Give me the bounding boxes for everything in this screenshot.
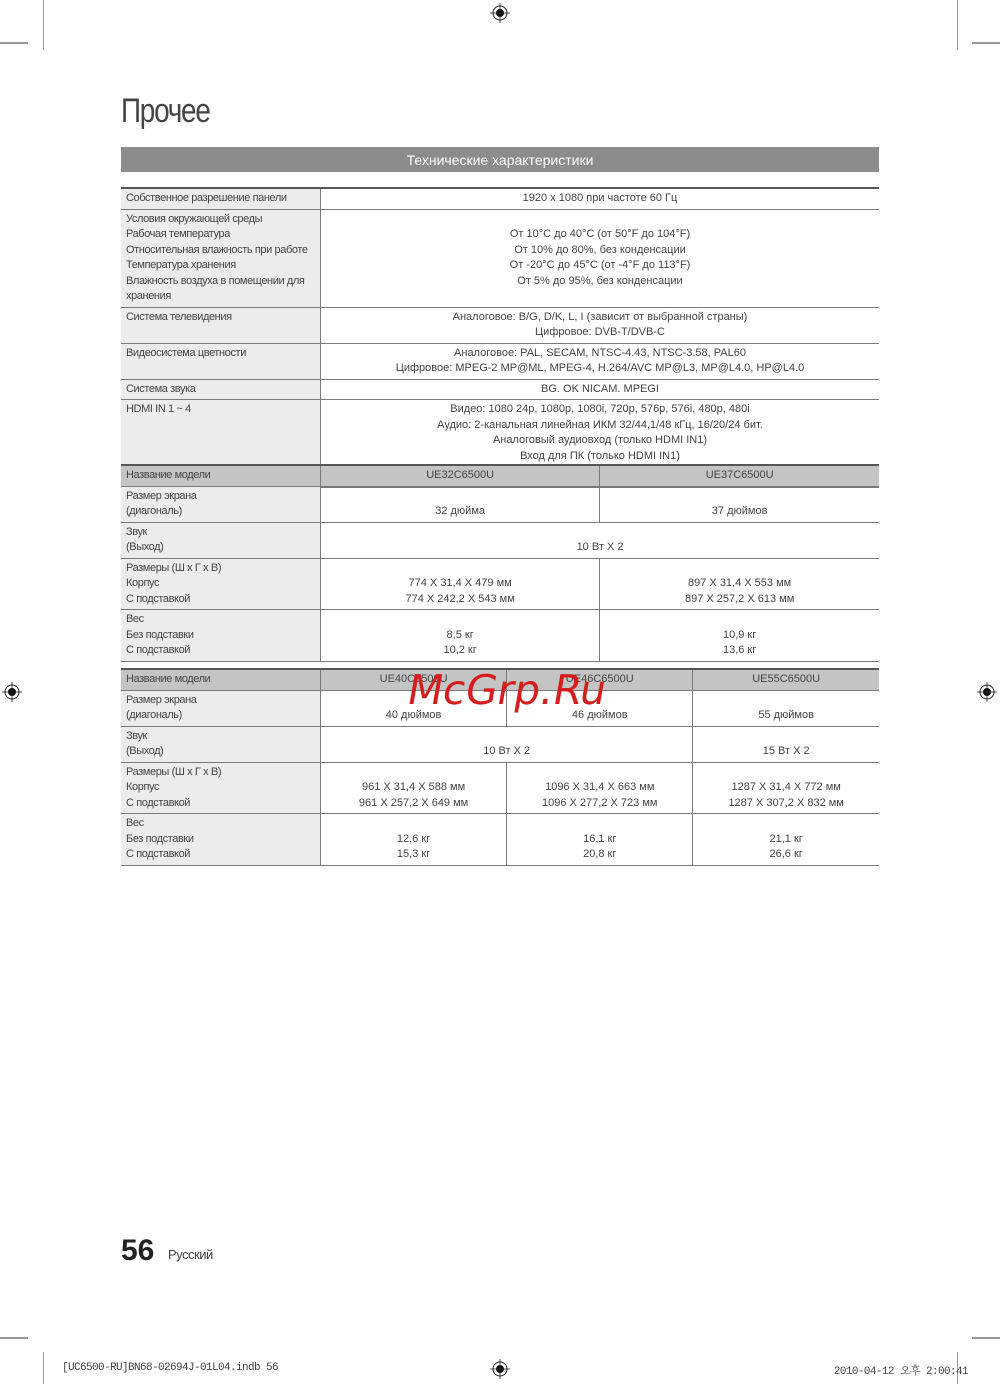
- row-label: Размеры (Ш x Г x В)КорпусС подставкой: [121, 558, 321, 610]
- page-number: 56: [121, 1234, 154, 1268]
- section-title: Технические характеристики: [121, 147, 879, 172]
- cell-line: [326, 489, 594, 505]
- cell-line: Без подставки: [126, 832, 315, 848]
- spec-row: Условия окружающей средыРабочая температ…: [121, 209, 879, 307]
- registration-mark-icon: [490, 3, 510, 23]
- cell-line: (диагональ): [126, 504, 315, 520]
- row-value: 774 X 31,4 X 479 мм774 X 242,2 X 543 мм: [321, 558, 600, 610]
- cell-line: [698, 765, 874, 781]
- cell-line: Вход для ПК (только HDMI IN1): [326, 449, 874, 465]
- cell-line: Вес: [126, 612, 315, 628]
- cell-line: 1096 X 31,4 X 663 мм: [512, 780, 687, 796]
- row-value: 21,1 кг26,6 кг: [693, 814, 879, 866]
- crop-mark: [0, 42, 28, 44]
- general-specs-table: Собственное разрешение панели1920 x 1080…: [121, 187, 879, 488]
- model-name: UE32C6500U: [321, 465, 600, 486]
- row-label: Размер экрана(диагональ): [121, 486, 321, 522]
- row-value: 961 X 31,4 X 588 мм961 X 257,2 X 649 мм: [321, 762, 507, 814]
- spec-value: Аналоговое: PAL, SECAM, NTSC-4.43, NTSC-…: [321, 343, 880, 379]
- crop-mark: [0, 1337, 28, 1339]
- cell-line: 961 X 257,2 X 649 мм: [326, 796, 501, 812]
- cell-line: От 10% до 80%, без конденсации: [326, 243, 874, 259]
- cell-line: [326, 816, 501, 832]
- table-row: Размеры (Ш x Г x В)КорпусС подставкой 96…: [121, 762, 879, 814]
- spec-label: Система телевидения: [121, 307, 321, 343]
- row-value: 15 Вт X 2: [693, 726, 879, 762]
- cell-line: Система телевидения: [126, 310, 315, 326]
- table-row: Звук(Выход)10 Вт X 215 Вт X 2: [121, 726, 879, 762]
- cell-line: [605, 612, 874, 628]
- cell-line: С подставкой: [126, 592, 315, 608]
- model-specs-table-a: Название моделиUE32C6500UUE37C6500UРазме…: [121, 464, 879, 662]
- registration-mark-icon: [2, 682, 22, 702]
- spec-value: BG. OK NICAM. MPEGI: [321, 379, 880, 400]
- cell-line: (Выход): [126, 744, 315, 760]
- row-label: Звук(Выход): [121, 726, 321, 762]
- spec-label: Система звука: [121, 379, 321, 400]
- cell-line: BG. OK NICAM. MPEGI: [326, 382, 874, 398]
- cell-line: UE55C6500U: [698, 672, 874, 688]
- table-row: Звук(Выход)10 Вт X 2: [121, 522, 879, 558]
- spec-value: От 10°C до 40°C (от 50°F до 104°F)От 10%…: [321, 209, 880, 307]
- cell-line: 1287 X 307,2 X 832 мм: [698, 796, 874, 812]
- cell-line: (диагональ): [126, 708, 315, 724]
- cell-line: 16,1 кг: [512, 832, 687, 848]
- cell-line: 774 X 242,2 X 543 мм: [326, 592, 594, 608]
- print-slug-file: [UC6500-RU]BN68-02694J-01L04.indb 56: [62, 1362, 278, 1374]
- spec-label: Условия окружающей средыРабочая температ…: [121, 209, 321, 307]
- row-value: 8,5 кг10,2 кг: [321, 610, 600, 662]
- cell-line: Размеры (Ш x Г x В): [126, 561, 315, 577]
- cell-line: 897 X 257,2 X 613 мм: [605, 592, 874, 608]
- cell-line: UE37C6500U: [605, 468, 874, 484]
- cell-line: 8,5 кг: [326, 628, 594, 644]
- crop-mark: [972, 1337, 1000, 1339]
- cell-line: 1287 X 31,4 X 772 мм: [698, 780, 874, 796]
- cell-line: Видеосистема цветности: [126, 346, 315, 362]
- cell-line: 10,2 кг: [326, 643, 594, 659]
- cell-line: [605, 561, 874, 577]
- page-title: Прочее: [121, 92, 210, 131]
- cell-line: 32 дюйма: [326, 504, 594, 520]
- cell-line: 15,3 кг: [326, 847, 501, 863]
- cell-line: UE32C6500U: [326, 468, 594, 484]
- registration-mark-icon: [977, 682, 997, 702]
- cell-line: 1096 X 277,2 X 723 мм: [512, 796, 687, 812]
- cell-line: Корпус: [126, 576, 315, 592]
- cell-line: От -20°C до 45°C (от -4°F до 113°F): [326, 258, 874, 274]
- header-label: Название модели: [121, 465, 321, 486]
- cell-line: 10,9 кг: [605, 628, 874, 644]
- cell-line: [698, 816, 874, 832]
- row-value: 10 Вт X 2: [321, 522, 880, 558]
- cell-line: HDMI IN 1 ~ 4: [126, 402, 315, 418]
- cell-line: [326, 612, 594, 628]
- registration-mark-icon: [490, 1359, 510, 1379]
- spec-row: Собственное разрешение панели1920 x 1080…: [121, 188, 879, 209]
- cell-line: Рабочая температура: [126, 227, 315, 243]
- cell-line: 55 дюймов: [698, 708, 874, 724]
- row-label: ВесБез подставкиС подставкой: [121, 814, 321, 866]
- cell-line: [326, 765, 501, 781]
- row-value: 10 Вт X 2: [321, 726, 693, 762]
- cell-line: Звук: [126, 525, 315, 541]
- cell-line: Влажность воздуха в помещении для хранен…: [126, 274, 315, 305]
- cell-line: 20,8 кг: [512, 847, 687, 863]
- cell-line: С подставкой: [126, 847, 315, 863]
- cell-line: Видео: 1080 24p, 1080p, 1080i, 720p, 576…: [326, 402, 874, 418]
- crop-mark: [43, 0, 44, 50]
- cell-line: Аудио: 2-канальная линейная ИКМ 32/44,1/…: [326, 418, 874, 434]
- spec-row: HDMI IN 1 ~ 4Видео: 1080 24p, 1080p, 108…: [121, 400, 879, 467]
- row-value: 55 дюймов: [693, 690, 879, 726]
- cell-line: 10 Вт X 2: [326, 540, 874, 556]
- cell-line: Звук: [126, 729, 315, 745]
- cell-line: Собственное разрешение панели: [126, 191, 315, 207]
- header-label: Название модели: [121, 669, 321, 690]
- row-label: Размер экрана(диагональ): [121, 690, 321, 726]
- cell-line: Аналоговый аудиовход (только HDMI IN1): [326, 433, 874, 449]
- cell-line: 21,1 кг: [698, 832, 874, 848]
- cell-line: 37 дюймов: [605, 504, 874, 520]
- cell-line: 12,6 кг: [326, 832, 501, 848]
- cell-line: Название модели: [126, 672, 315, 688]
- row-value: 897 X 31,4 X 553 мм897 X 257,2 X 613 мм: [600, 558, 879, 610]
- table-row: ВесБез подставкиС подставкой 8,5 кг10,2 …: [121, 610, 879, 662]
- spec-row: Система звукаBG. OK NICAM. MPEGI: [121, 379, 879, 400]
- cell-line: С подставкой: [126, 796, 315, 812]
- cell-line: С подставкой: [126, 643, 315, 659]
- cell-line: Относительная влажность при работе: [126, 243, 315, 259]
- spec-label: Видеосистема цветности: [121, 343, 321, 379]
- page-language: Русский: [168, 1247, 213, 1262]
- table-row: Размер экрана(диагональ) 32 дюйма 37 дюй…: [121, 486, 879, 522]
- cell-line: [698, 693, 874, 709]
- crop-mark: [957, 0, 958, 50]
- crop-mark: [972, 42, 1000, 44]
- row-value: 12,6 кг15,3 кг: [321, 814, 507, 866]
- cell-line: Цифровое: MPEG-2 MP@ML, MPEG-4, H.264/AV…: [326, 361, 874, 377]
- cell-line: [605, 489, 874, 505]
- row-label: ВесБез подставкиС подставкой: [121, 610, 321, 662]
- cell-line: Корпус: [126, 780, 315, 796]
- cell-line: [326, 561, 594, 577]
- row-value: 16,1 кг20,8 кг: [507, 814, 693, 866]
- cell-line: Вес: [126, 816, 315, 832]
- cell-line: (Выход): [126, 540, 315, 556]
- spec-value: Видео: 1080 24p, 1080p, 1080i, 720p, 576…: [321, 400, 880, 467]
- cell-line: Название модели: [126, 468, 315, 484]
- cell-line: [512, 765, 687, 781]
- row-label: Звук(Выход): [121, 522, 321, 558]
- row-label: Размеры (Ш x Г x В)КорпусС подставкой: [121, 762, 321, 814]
- cell-line: 1920 x 1080 при частоте 60 Гц: [326, 191, 874, 207]
- cell-line: Размер экрана: [126, 693, 315, 709]
- cell-line: Температура хранения: [126, 258, 315, 274]
- cell-line: 15 Вт X 2: [698, 744, 874, 760]
- spec-label: Собственное разрешение панели: [121, 188, 321, 209]
- cell-line: Аналоговое: PAL, SECAM, NTSC-4.43, NTSC-…: [326, 346, 874, 362]
- row-value: 1096 X 31,4 X 663 мм1096 X 277,2 X 723 м…: [507, 762, 693, 814]
- spec-row: Видеосистема цветностиАналоговое: PAL, S…: [121, 343, 879, 379]
- cell-line: Размеры (Ш x Г x В): [126, 765, 315, 781]
- cell-line: 897 X 31,4 X 553 мм: [605, 576, 874, 592]
- cell-line: От 5% до 95%, без конденсации: [326, 274, 874, 290]
- cell-line: Размер экрана: [126, 489, 315, 505]
- model-name: UE37C6500U: [600, 465, 879, 486]
- crop-mark: [43, 1352, 44, 1384]
- table-header-row: Название моделиUE32C6500UUE37C6500U: [121, 465, 879, 486]
- cell-line: От 10°C до 40°C (от 50°F до 104°F): [326, 227, 874, 243]
- spec-row: Система телевиденияАналоговое: B/G, D/K,…: [121, 307, 879, 343]
- cell-line: Аналоговое: B/G, D/K, L, I (зависит от в…: [326, 310, 874, 326]
- cell-line: Цифровое: DVB-T/DVB-C: [326, 325, 874, 341]
- cell-line: 13,6 кг: [605, 643, 874, 659]
- row-value: 10,9 кг13,6 кг: [600, 610, 879, 662]
- cell-line: [326, 212, 874, 228]
- cell-line: [512, 816, 687, 832]
- cell-line: 774 X 31,4 X 479 мм: [326, 576, 594, 592]
- cell-line: Условия окружающей среды: [126, 212, 315, 228]
- table-row: Размеры (Ш x Г x В)КорпусС подставкой 77…: [121, 558, 879, 610]
- cell-line: 961 X 31,4 X 588 мм: [326, 780, 501, 796]
- row-value: 37 дюймов: [600, 486, 879, 522]
- spec-value: 1920 x 1080 при частоте 60 Гц: [321, 188, 880, 209]
- cell-line: Система звука: [126, 382, 315, 398]
- watermark: McGrp.Ru: [404, 666, 611, 714]
- spec-label: HDMI IN 1 ~ 4: [121, 400, 321, 467]
- cell-line: 10 Вт X 2: [326, 744, 687, 760]
- print-slug-date: 2010-04-12 오후 2:00:41: [834, 1362, 968, 1378]
- row-value: 32 дюйма: [321, 486, 600, 522]
- model-name: UE55C6500U: [693, 669, 879, 690]
- cell-line: Без подставки: [126, 628, 315, 644]
- cell-line: 26,6 кг: [698, 847, 874, 863]
- spec-value: Аналоговое: B/G, D/K, L, I (зависит от в…: [321, 307, 880, 343]
- table-row: ВесБез подставкиС подставкой 12,6 кг15,3…: [121, 814, 879, 866]
- row-value: 1287 X 31,4 X 772 мм1287 X 307,2 X 832 м…: [693, 762, 879, 814]
